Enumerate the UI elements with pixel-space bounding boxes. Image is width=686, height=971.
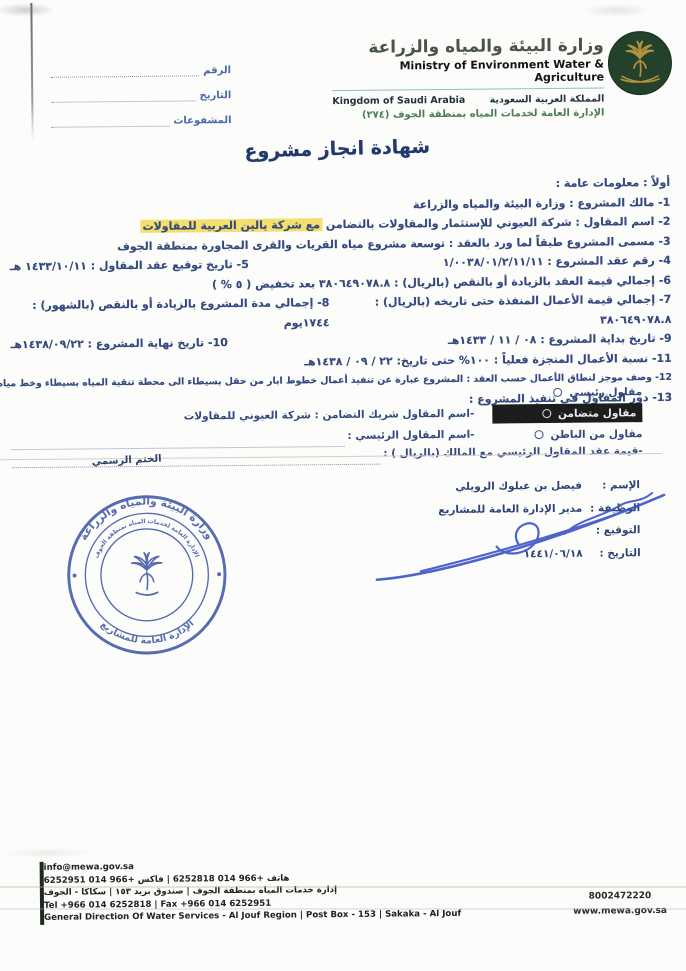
- number-field: الرقم: [51, 51, 231, 78]
- stamp-palm-tree-icon: [131, 552, 163, 595]
- role-main-label: مقاول رئيسي: [569, 386, 642, 399]
- document-sheet: الرقم التاريخ المشفوعات وزارة البيئة وال…: [0, 0, 686, 971]
- date-field: التاريخ: [51, 76, 231, 103]
- svg-text:الإدارة العامة لخدمات المياه ب: الإدارة العامة لخدمات المياه بمنطقة الجو…: [93, 518, 201, 560]
- partner-contractor-line: -اسم المقاول شريك التضامن : شركة العيوني…: [184, 404, 475, 428]
- item-project-duration: 8- إجمالي مدة المشروع بالزيادة أو بالنقص…: [10, 293, 330, 335]
- date-label: التاريخ: [195, 90, 231, 101]
- number-label: الرقم: [199, 65, 231, 76]
- highlighted-contractor: مع شركة يالين العربية للمقاولات: [140, 218, 322, 233]
- department-line: الإدارة العامة لخدمات المياه بمنطقة الجو…: [332, 107, 604, 121]
- item-contract-sign-date: 5- تاريخ توقيع عقد المقاول : ١٤٣٣/١٠/١١ …: [10, 255, 249, 277]
- footer-hotline-block: 8002472220 www.mewa.gov.sa: [561, 889, 679, 920]
- certificate-title: شهادة انجاز مشروع: [230, 135, 446, 163]
- stamp-ring-inner-text: الإدارة العامة لخدمات المياه بمنطقة الجو…: [93, 518, 201, 560]
- contractor-role-options: مقاول رئيسي مقاول متضامن مقاول من الباطن…: [11, 381, 673, 462]
- stamp-ring-bottom-text: الإدارة العامة للمشاريع: [98, 618, 196, 647]
- signature-date: ١٤٤١/٠٦/١٨: [524, 542, 583, 565]
- scan-smudge: [0, 3, 55, 18]
- official-stamp-seal: وزارة البيئة والمياه والزراعة الإدارة ال…: [60, 491, 234, 659]
- number-input-line: [51, 62, 199, 77]
- item-row-7-8: 7- إجمالي قيمة الأعمال المنفذة حتى تاريخ…: [10, 290, 671, 335]
- footer-address-english: General Direction Of Water Services - Al…: [44, 908, 461, 925]
- scanner-artifact-line: [0, 908, 686, 910]
- header-divider: [332, 87, 604, 91]
- kingdom-line: المملكة العربية السعودية Kingdom of Saud…: [332, 93, 604, 107]
- scan-smudge: [581, 3, 651, 18]
- stamp-dot: [217, 572, 221, 576]
- item-contract-number: 4- رقم عقد المشروع : ١/٠٠٣٨/٠١/٢/١١/١١: [443, 251, 671, 273]
- scan-smudge: [3, 847, 93, 858]
- ministry-name-arabic: وزارة البيئة والمياه والزراعة: [332, 35, 604, 58]
- item-start-date: 9- تاريخ بداية المشروع : ٠٨ / ١١ / ١٤٣٣ه…: [448, 329, 672, 351]
- radio-icon: [542, 409, 551, 418]
- hotline-number: 8002472220: [561, 889, 679, 905]
- radio-icon: [553, 388, 562, 397]
- signer-name-row: الإسم : فيصل بن عبلوك الرويلي: [365, 474, 640, 499]
- website-url: www.mewa.gov.sa: [561, 904, 679, 920]
- scanner-artifact-line: [0, 886, 686, 888]
- kingdom-english: Kingdom of Saudi Arabia: [332, 95, 465, 107]
- role-sub-label: مقاول من الباطن: [550, 428, 642, 441]
- stamp-dot: [73, 574, 77, 578]
- role-option-solidarity-selected: مقاول متضامن: [492, 403, 642, 423]
- signature-block: الإسم : فيصل بن عبلوك الرويلي الوظيفة : …: [365, 474, 641, 567]
- role-option-main: مقاول رئيسي: [492, 381, 642, 403]
- signer-role-row: الوظيفة : مدير الإدارة العامة للمشاريع: [365, 497, 640, 522]
- ministry-header: وزارة البيئة والمياه والزراعة Ministry o…: [332, 35, 605, 121]
- signature-date-row: التاريخ : ١٤٤١/٠٦/١٨: [366, 542, 641, 567]
- scan-edge-artifact: [30, 3, 33, 141]
- general-info-section: أولاً : معلومات عامة : 1- مالك المشروع :…: [9, 173, 672, 413]
- item-end-date: 10- تاريخ نهاية المشروع : ١٤٣٨/٠٩/٢٢هـ: [11, 333, 228, 355]
- svg-text:الإدارة العامة للمشاريع: الإدارة العامة للمشاريع: [98, 618, 196, 647]
- scanned-document: الرقم التاريخ المشفوعات وزارة البيئة وال…: [0, 0, 686, 971]
- attachments-field: المشفوعات: [51, 101, 231, 128]
- item-executed-value: 7- إجمالي قيمة الأعمال المنفذة حتى تاريخ…: [329, 290, 671, 332]
- date-input-line: [51, 87, 195, 102]
- radio-icon: [534, 430, 543, 439]
- role-radio-column: مقاول رئيسي مقاول متضامن مقاول من الباطن: [492, 381, 643, 445]
- role-solidarity-label: مقاول متضامن: [558, 407, 636, 420]
- attachments-label: المشفوعات: [169, 115, 231, 127]
- reference-fields: الرقم التاريخ المشفوعات: [51, 51, 232, 128]
- signature-row: التوقيع :: [365, 519, 640, 544]
- signer-name: فيصل بن عبلوك الرويلي: [455, 475, 582, 499]
- signer-role: مدير الإدارة العامة للمشاريع: [438, 497, 582, 521]
- footer-contact-block: info@mewa.gov.sa هاتف +966 014 6252818 |…: [40, 858, 470, 925]
- ministry-logo: [607, 30, 674, 97]
- attachments-input-line: [51, 113, 169, 128]
- ministry-name-english: Ministry of Environment Water & Agricult…: [332, 57, 604, 86]
- kingdom-arabic: المملكة العربية السعودية: [490, 93, 605, 105]
